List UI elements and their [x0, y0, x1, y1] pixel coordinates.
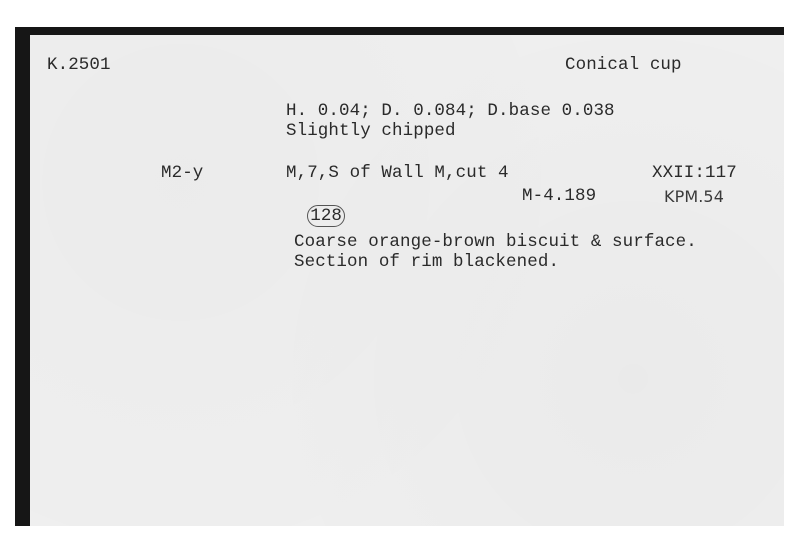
notebook-reference: XXII:117 — [652, 163, 737, 183]
grid-square: M2-y — [161, 163, 203, 183]
condition: Slightly chipped — [286, 121, 456, 141]
photo-reference: KPM.54 — [664, 187, 724, 207]
object-type: Conical cup — [565, 55, 682, 75]
description-line-1: Coarse orange-brown biscuit & surface. — [294, 232, 697, 252]
lot-number-circled: 128 — [307, 205, 345, 227]
field-number: M-4.189 — [522, 186, 596, 206]
findspot: M,7,S of Wall M,cut 4 — [286, 163, 509, 183]
accession-number: K.2501 — [47, 55, 111, 75]
description-line-2: Section of rim blackened. — [294, 252, 559, 272]
dimensions: H. 0.04; D. 0.084; D.base 0.038 — [286, 101, 615, 121]
lot-number: 128 — [289, 186, 345, 226]
